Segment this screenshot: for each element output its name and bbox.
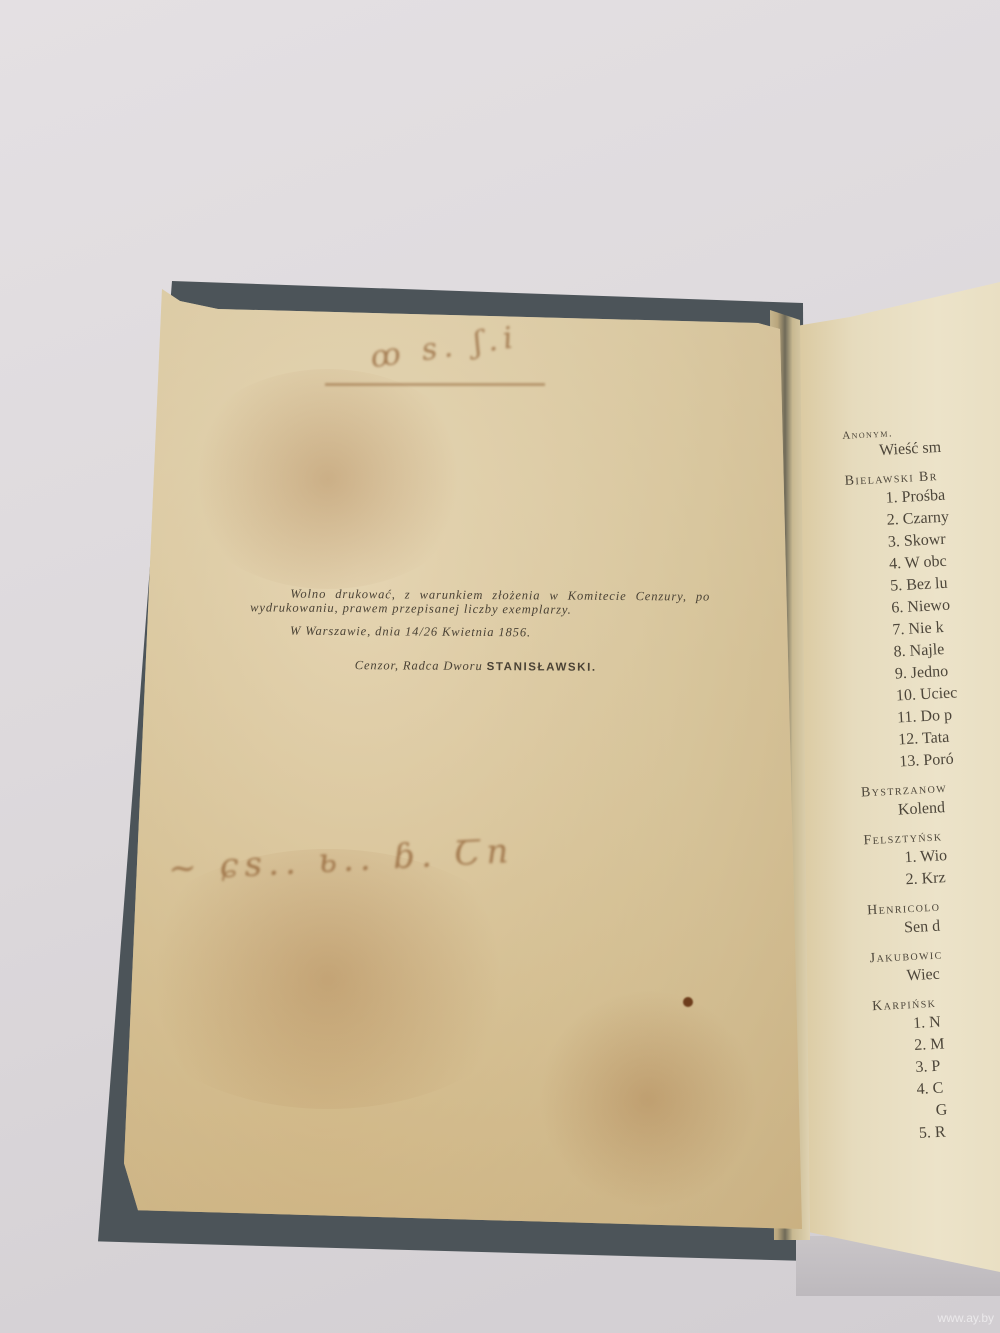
left-page — [118, 289, 802, 1229]
stain — [538, 989, 758, 1209]
censor-signature: Cenzor, Radca Dworu STANISŁAWSKI. — [250, 657, 710, 675]
censor-name: STANISŁAWSKI. — [487, 661, 597, 674]
place-date: W Warszawie, dnia 14/26 Kwietnia 1856. — [250, 623, 710, 640]
handwritten-underline — [325, 383, 545, 386]
ink-spot — [683, 997, 693, 1007]
censorship-paragraph: Wolno drukować, z warunkiem złożenia w K… — [250, 586, 710, 617]
watermark: www.ay.by — [938, 1311, 994, 1325]
book-photo: ꝏ s. ʃ.i ~ ɕs.. ь.. ɓ. Ꞇn Wolno drukować… — [0, 0, 1000, 1333]
stain — [178, 369, 478, 589]
censorship-notice: Wolno drukować, z warunkiem złożenia w K… — [250, 586, 711, 675]
signature-prefix: Cenzor, Radca Dworu — [355, 658, 487, 673]
